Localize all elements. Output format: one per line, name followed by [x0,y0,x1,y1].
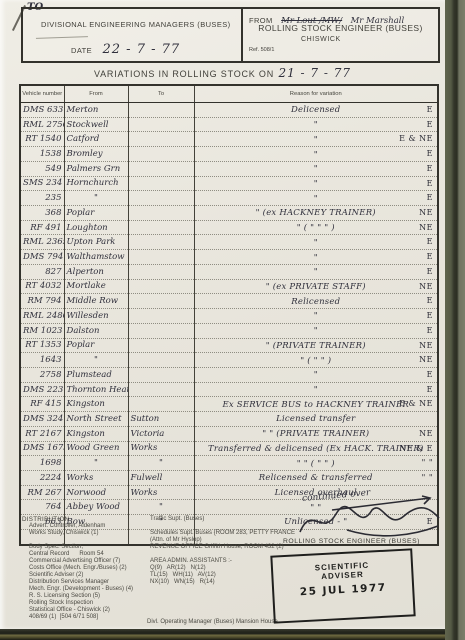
to-garage [128,353,194,368]
reason-cell: RelicensedE [194,294,438,309]
col-header-from: From [64,85,128,103]
status-code: E [427,265,433,278]
reason-cell: "E [194,147,438,162]
from-garage: Bromley [64,147,128,162]
table-row: RF 415KingstonEx SERVICE BUS to HACKNEY … [20,397,438,412]
vehicle-number: 2224 [20,470,64,485]
table-row: RM 794Middle RowRelicensedE [20,294,438,309]
reason-text: " ( " " " ) [297,223,335,233]
signature [292,500,442,542]
reason-cell: " (ex HACKNEY TRAINER)NE [194,206,438,221]
reason-text: " [314,326,318,336]
status-code: " " [422,456,433,469]
reason-cell: "E [194,235,438,250]
from-garage: Middle Row [64,294,128,309]
table-row: DMS 1673Wood GreenWorksTransferred & del… [20,441,438,456]
distribution-line [22,537,152,544]
table-row: SMS 234Hornchurch"E [20,176,438,191]
distribution-line: Works Study, Chiswick (1) [22,530,152,537]
from-garage: Merton [64,103,128,118]
to-garage: Victoria [128,426,194,441]
status-code: NE [419,427,433,440]
to-garage: Works [128,485,194,500]
status-code: E [427,235,433,248]
vehicle-number: 1643 [20,353,64,368]
reason-text: " [314,194,318,204]
to-garage: Fulwell [128,470,194,485]
vehicle-number: RT 1353 [20,338,64,353]
to-garage [128,382,194,397]
stock-table-body: DMS 633MertonDelicensedERML 2756Stockwel… [20,103,438,545]
table-row: 549Palmers Grn"E [20,161,438,176]
reason-text: " [314,179,318,189]
reason-text: " ( " " ) [300,356,331,366]
table-row: RML 2486Willesden"E [20,309,438,324]
from-garage: Stockwell [64,117,128,132]
to-garage [128,397,194,412]
reason-text: " " (PRIVATE TRAINER) [262,429,369,439]
distribution-heading: DISTRIBUTION [22,516,152,523]
distribution-line: Central Record Room 54 [22,551,152,558]
distribution-line: Statistical Office - Chiswick (2) [22,607,152,614]
reason-text: " [314,238,318,248]
stamp-date: 25 JUL 1977 [274,580,412,599]
table-row: DMS 223Thornton Heath"E [20,382,438,397]
reference-number: Ref. 508/1 [249,47,274,53]
header-box: DIVISIONAL ENGINEERING MANAGERS (BUSES) … [21,7,440,63]
distribution-line: Body Spec. Section, [22,544,152,551]
distribution-line: Costs Office (Mech. Engr./Buses) (2) [22,565,152,572]
reason-text: Delicensed [291,105,340,115]
reason-text: Ex SERVICE BUS to HACKNEY TRAINER [223,400,409,410]
table-row: 235""E [20,191,438,206]
reason-text: " [314,164,318,174]
date-value: 22 - 7 - 77 [103,42,181,57]
reason-text: " [314,370,318,380]
reason-text: " [314,267,318,277]
vehicle-number: RML 2756 [20,117,64,132]
vehicle-number: RM 267 [20,485,64,500]
from-garage: Poplar [64,338,128,353]
from-garage: Abbey Wood [64,500,128,515]
vehicle-number: 764 [20,500,64,515]
date-label: DATE [71,46,92,55]
table-row: DMS 324North StreetSuttonLicensed transf… [20,412,438,427]
to-garage: " [128,456,194,471]
vehicle-number: RM 794 [20,294,64,309]
status-code: E [427,294,433,307]
from-garage: " [64,353,128,368]
table-row: 2224WorksFulwellRelicensed & transferred… [20,470,438,485]
form-title-label: VARIATIONS IN ROLLING STOCK ON [94,69,274,79]
status-code: E [427,250,433,263]
signature-caption: ROLLING STOCK ENGINEER (BUSES) [283,538,420,545]
distribution-line: 408/69 (1) [504 6/71 508] [22,614,152,621]
status-code: E [427,309,433,322]
status-code: E & NE [399,132,433,145]
status-code: E [427,191,433,204]
to-garage [128,161,194,176]
from-garage: Upton Park [64,235,128,250]
to-garage [128,220,194,235]
from-garage: Alperton [64,264,128,279]
to-garage [128,279,194,294]
table-row: 2758Plumstead"E [20,367,438,382]
distribution-line: Distribution Services Manager [22,579,152,586]
table-row: DMS 633MertonDelicensedE [20,103,438,118]
from-garage: " [64,456,128,471]
from-garage: Norwood [64,485,128,500]
to-garage [128,338,194,353]
reason-text: Relicensed [291,297,340,307]
reason-text: Licensed transfer [276,414,355,424]
vehicle-number: DMS 324 [20,412,64,427]
from-garage: Poplar [64,206,128,221]
status-code: NE [419,221,433,234]
to-garage [128,294,194,309]
distribution-left-column: DISTRIBUTION Advert. Controller, Aldenha… [22,516,152,621]
distribution-line: REVENUE OFFICE Griffith House, ROOM 432 … [150,544,320,551]
vehicle-number: RT 1540 [20,132,64,147]
vehicle-number: RF 491 [20,220,64,235]
reason-cell: " " ( " " )" " [194,456,438,471]
table-row: 1538Bromley"E [20,147,438,162]
distribution-line: Mech. Engr. (Development - Buses) (4) [22,586,152,593]
to-garage [128,206,194,221]
form-title: VARIATIONS IN ROLLING STOCK ON 21 - 7 - … [0,64,445,82]
to-garage: Sutton [128,412,194,427]
vehicle-number: DMS 1673 [20,441,64,456]
status-code: E [427,162,433,175]
reason-text: " [314,120,318,130]
from-garage: Walthamstow [64,250,128,265]
status-code: E [427,118,433,131]
sender-location: CHISWICK [301,36,341,43]
to-garage [128,250,194,265]
from-garage: Wood Green [64,441,128,456]
to-garage [128,103,194,118]
to-garage [128,117,194,132]
to-garage [128,264,194,279]
scan-background-bottom [0,629,445,640]
status-code: NE [419,206,433,219]
distribution-line: Scientific Adviser (2) [22,572,152,579]
reason-text: " (PRIVATE TRAINER) [266,341,366,351]
paper-sheet: TO DIVISIONAL ENGINEERING MANAGERS (BUSE… [0,0,445,629]
status-code: E [427,324,433,337]
vehicle-number: RT 2167 [20,426,64,441]
vehicle-number: SMS 234 [20,176,64,191]
to-garage [128,367,194,382]
reason-cell: Transferred & delicensed (Ex HACK. TRAIN… [194,441,438,456]
sender-name: ROLLING STOCK ENGINEER (BUSES) [243,23,438,33]
vehicle-number: 368 [20,206,64,221]
table-row: RT 1353Poplar" (PRIVATE TRAINER)NE [20,338,438,353]
status-code: E [427,147,433,160]
status-code: " " [422,471,433,484]
from-garage: Loughton [64,220,128,235]
table-row: RF 491Loughton" ( " " " )NE [20,220,438,235]
to-garage [128,235,194,250]
reason-cell: " (PRIVATE TRAINER)NE [194,338,438,353]
status-code: NE [419,339,433,352]
vehicle-number: RT 4032 [20,279,64,294]
form-title-date: 21 - 7 - 77 [278,66,351,80]
scanned-document: TO DIVISIONAL ENGINEERING MANAGERS (BUSE… [0,0,465,640]
vehicle-number: RML 2486 [20,309,64,324]
operating-manager-line: Divl. Operating Manager (Buses) Mansion … [147,619,278,625]
reason-cell: "E [194,191,438,206]
variations-table: Vehicle numberFromToReason for variation… [19,84,439,546]
status-code: NE [419,280,433,293]
from-garage: " [64,191,128,206]
reason-cell: "E & NE [194,132,438,147]
vehicle-number: 827 [20,264,64,279]
status-code: NE [419,353,433,366]
col-header-to: To [128,85,194,103]
vehicle-number: RML 2365 [20,235,64,250]
vehicle-number: RF 415 [20,397,64,412]
col-header-reason: Reason for variation [194,85,438,103]
from-garage: Plumstead [64,367,128,382]
to-garage: Works [128,441,194,456]
distribution-line: Advert. Controller, Aldenham [22,523,152,530]
status-code: E [427,177,433,190]
from-garage: Dalston [64,323,128,338]
to-garage [128,323,194,338]
reason-cell: "E [194,309,438,324]
to-garage [128,191,194,206]
table-header-row: Vehicle numberFromToReason for variation [20,85,438,103]
table-row: 1698""" " ( " " )" " [20,456,438,471]
reason-text: " [314,135,318,145]
table-row: RM 1023Dalston"E [20,323,438,338]
from-garage: Mortlake [64,279,128,294]
from-garage: Kingston [64,426,128,441]
reason-text: Transferred & delicensed (Ex HACK. TRAIN… [208,444,423,454]
vehicle-number: 549 [20,161,64,176]
reason-text: " (ex HACKNEY TRAINER) [256,208,376,218]
reason-text: " (ex PRIVATE STAFF) [266,282,366,292]
from-garage: Catford [64,132,128,147]
scan-background-right [445,0,465,640]
reason-cell: " (ex PRIVATE STAFF)NE [194,279,438,294]
status-code: NE & E [399,442,433,455]
from-garage: North Street [64,412,128,427]
to-garage [128,176,194,191]
reason-cell: "E [194,250,438,265]
vehicle-number: 1698 [20,456,64,471]
reason-cell: "E [194,367,438,382]
to-garage [128,309,194,324]
table-row: 1643"" ( " " )NE [20,353,438,368]
status-code: E [427,103,433,116]
vehicle-number: 2758 [20,367,64,382]
reason-cell: "E [194,161,438,176]
distribution-line: Rolling Stock Inspection [22,600,152,607]
from-garage: Thornton Heath [64,382,128,397]
reason-cell: Licensed transfer [194,412,438,427]
reason-text: " [314,253,318,263]
recipient-cell: DIVISIONAL ENGINEERING MANAGERS (BUSES) … [23,9,243,61]
from-garage: Works [64,470,128,485]
vehicle-number: DMS 223 [20,382,64,397]
reason-cell: "E [194,264,438,279]
sender-cell: FROM Mr Lout /MW/ Mr Marshall ROLLING ST… [243,9,438,61]
status-code: E & NE [399,397,433,410]
vehicle-number: 235 [20,191,64,206]
table-row: RT 2167KingstonVictoria" " (PRIVATE TRAI… [20,426,438,441]
reason-text: " [314,385,318,395]
vehicle-number: 1538 [20,147,64,162]
reason-cell: " ( " " )NE [194,353,438,368]
from-garage: Willesden [64,309,128,324]
to-garage [128,147,194,162]
reason-cell: "E [194,117,438,132]
reason-text: " [314,150,318,160]
table-row: 368Poplar" (ex HACKNEY TRAINER)NE [20,206,438,221]
reason-text: " " ( " " ) [297,459,335,469]
table-row: DMS 794Walthamstow"E [20,250,438,265]
scientific-adviser-stamp: SCIENTIFIC ADVISER 25 JUL 1977 [270,548,415,623]
table-row: 827Alperton"E [20,264,438,279]
reason-cell: "E [194,323,438,338]
vehicle-number: DMS 633 [20,103,64,118]
reason-cell: Ex SERVICE BUS to HACKNEY TRAINERE & NE [194,397,438,412]
recipient-name: DIVISIONAL ENGINEERING MANAGERS (BUSES) [41,20,231,29]
table-row: RT 1540Catford"E & NE [20,132,438,147]
table-row: RML 2756Stockwell"E [20,117,438,132]
reason-cell: DelicensedE [194,103,438,118]
vehicle-number: DMS 794 [20,250,64,265]
table-row: RT 4032Mortlake" (ex PRIVATE STAFF)NE [20,279,438,294]
col-header-vehicle: Vehicle number [20,85,64,103]
status-code: E [427,368,433,381]
from-garage: Kingston [64,397,128,412]
from-garage: Hornchurch [64,176,128,191]
reason-cell: "E [194,176,438,191]
vehicle-number: RM 1023 [20,323,64,338]
reason-cell: Relicensed & transferred" " [194,470,438,485]
status-code: E [427,383,433,396]
reason-cell: "E [194,382,438,397]
reason-text: Relicensed & transferred [259,473,373,483]
reason-cell: " " (PRIVATE TRAINER)NE [194,426,438,441]
table-row: RML 2365Upton Park"E [20,235,438,250]
reason-cell: " ( " " " )NE [194,220,438,235]
from-garage: Palmers Grn [64,161,128,176]
to-garage: " [128,500,194,515]
reason-text: " [314,311,318,321]
to-garage [128,132,194,147]
distribution-line: Commercial Advertising Officer (7) [22,558,152,565]
distribution-line: R. S. Licensing Section (5) [22,593,152,600]
date-line: DATE 22 - 7 - 77 [71,40,180,58]
